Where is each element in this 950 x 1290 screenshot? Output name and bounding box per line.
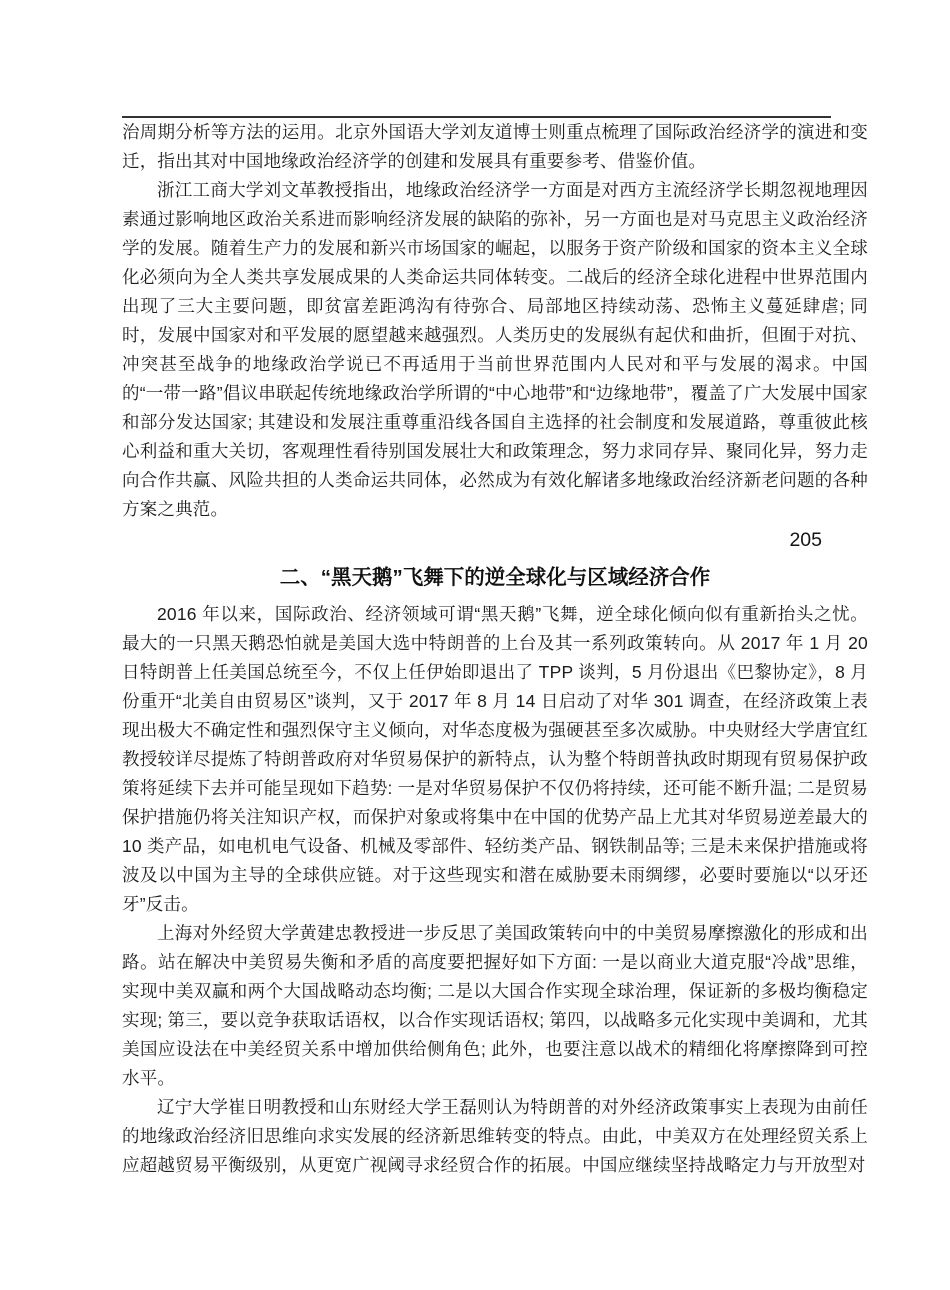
- document-page: 治周期分析等方法的运用。北京外国语大学刘友道博士则重点梳理了国际政治经济学的演进…: [0, 0, 950, 1290]
- paragraph: 浙江工商大学刘文革教授指出，地缘政治经济学一方面是对西方主流经济学长期忽视地理因…: [122, 176, 868, 524]
- paragraph: 辽宁大学崔日明教授和山东财经大学王磊则认为特朗普的对外经济政策事实上表现为由前任…: [122, 1093, 868, 1180]
- section-heading: 二、“黑天鹅”飞舞下的逆全球化与区域经济合作: [122, 564, 868, 592]
- page-content: 治周期分析等方法的运用。北京外国语大学刘友道博士则重点梳理了国际政治经济学的演进…: [122, 0, 868, 1180]
- paragraph: 治周期分析等方法的运用。北京外国语大学刘友道博士则重点梳理了国际政治经济学的演进…: [122, 118, 868, 176]
- paragraph: 2016 年以来，国际政治、经济领域可谓“黑天鹅”飞舞，逆全球化倾向似有重新抬头…: [122, 600, 868, 919]
- paragraph: 上海对外经贸大学黄建忠教授进一步反思了美国政策转向中的中美贸易摩擦激化的形成和出…: [122, 919, 868, 1093]
- page-number: 205: [122, 528, 868, 552]
